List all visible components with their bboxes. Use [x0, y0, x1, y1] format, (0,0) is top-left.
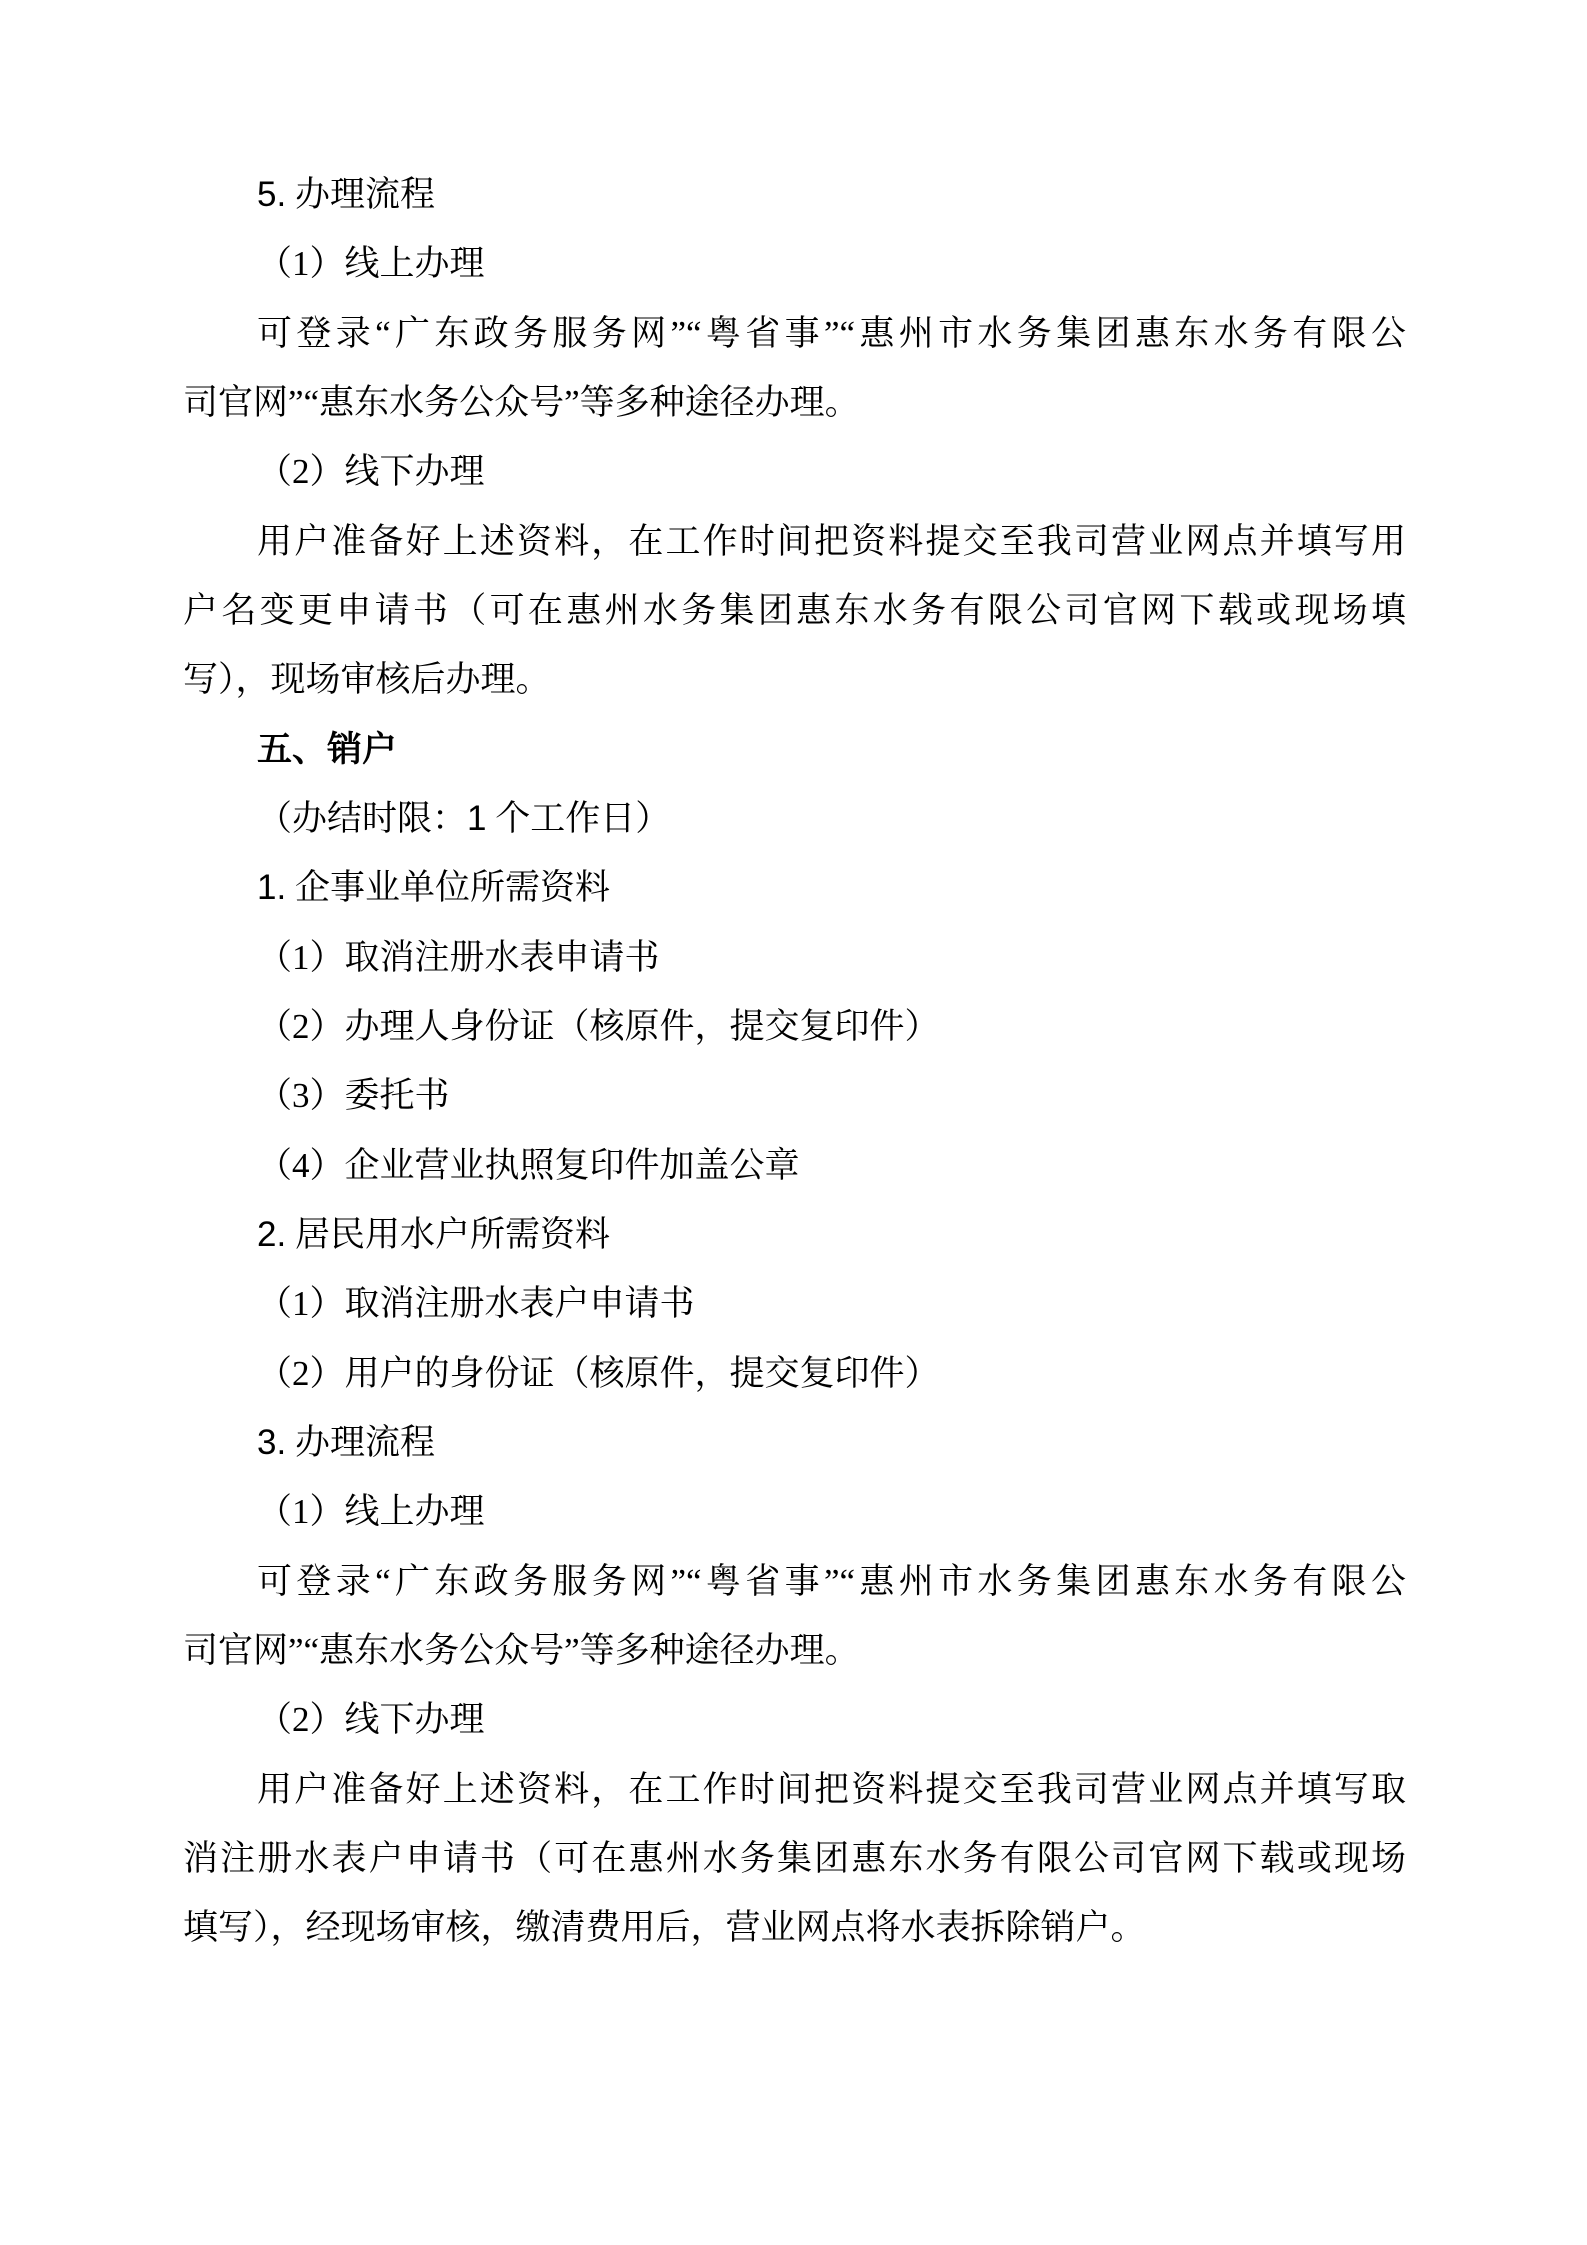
online-paragraph-line-1: 可登录“广东政务服务网”“粤省事”“惠州市水务集团惠东水务有限公 — [183, 299, 1406, 368]
text-run: （1）线上办理 — [257, 1492, 485, 1531]
text-run: 写），现场审核后办理。 — [183, 660, 551, 699]
text-run: 消注册水表户申请书（可在惠州水务集团惠东水务有限公司官网下载或现场 — [183, 1839, 1406, 1878]
online-paragraph-line-2: 司官网”“惠东水务公众号”等多种途径办理。 — [183, 368, 1406, 437]
text-run: （2）线下办理 — [257, 452, 485, 491]
document-content: 5. 办理流程（1）线上办理可登录“广东政务服务网”“粤省事”“惠州市水务集团惠… — [183, 160, 1406, 1963]
step5-process-heading: 5. 办理流程 — [183, 160, 1406, 229]
text-run: （2）办理人身份证（核原件，提交复印件） — [257, 1007, 940, 1046]
enterprise-item-4: （4）企业营业执照复印件加盖公章 — [183, 1131, 1406, 1200]
latin-number: 1. — [257, 868, 286, 907]
text-run: （1）线上办理 — [257, 244, 485, 283]
offline-paragraph-line-3: 写），现场审核后办理。 — [183, 645, 1406, 714]
resident-item-1: （1）取消注册水表户申请书 — [183, 1269, 1406, 1338]
text-run: （1）取消注册水表申请书 — [257, 938, 660, 977]
latin-number: 1 — [467, 799, 486, 838]
text-run: 司官网”“惠东水务公众号”等多种途径办理。 — [183, 383, 860, 422]
text-run: 填写），经现场审核，缴清费用后，营业网点将水表拆除销户。 — [183, 1908, 1146, 1947]
offline-paragraph-line-1: 用户准备好上述资料，在工作时间把资料提交至我司营业网点并填写用 — [183, 507, 1406, 576]
text-run: （2）线下办理 — [257, 1700, 485, 1739]
text-run: 居民用水户所需资料 — [286, 1215, 610, 1254]
enterprise-materials-heading: 1. 企事业单位所需资料 — [183, 853, 1406, 922]
text-run: 户名变更申请书（可在惠州水务集团惠东水务有限公司官网下载或现场填 — [183, 591, 1406, 630]
cancel-online-heading: （1）线上办理 — [183, 1477, 1406, 1546]
text-run: （1）取消注册水表户申请书 — [257, 1284, 695, 1323]
offline-paragraph-line-2: 户名变更申请书（可在惠州水务集团惠东水务有限公司官网下载或现场填 — [183, 576, 1406, 645]
text-run: 用户准备好上述资料，在工作时间把资料提交至我司营业网点并填写用 — [257, 522, 1406, 561]
cancel-online-line-1: 可登录“广东政务服务网”“粤省事”“惠州市水务集团惠东水务有限公 — [183, 1547, 1406, 1616]
text-run: 可登录“广东政务服务网”“粤省事”“惠州市水务集团惠东水务有限公 — [257, 1562, 1406, 1601]
time-limit-note: （办结时限：1 个工作日） — [183, 784, 1406, 853]
cancel-offline-heading: （2）线下办理 — [183, 1685, 1406, 1754]
text-run: （4）企业营业执照复印件加盖公章 — [257, 1146, 800, 1185]
text-run: 司官网”“惠东水务公众号”等多种途径办理。 — [183, 1631, 860, 1670]
document-page: 5. 办理流程（1）线上办理可登录“广东政务服务网”“粤省事”“惠州市水务集团惠… — [0, 0, 1587, 2245]
cancel-offline-line-2: 消注册水表户申请书（可在惠州水务集团惠东水务有限公司官网下载或现场 — [183, 1824, 1406, 1893]
section5-cancel-account-heading: 五、销户 — [183, 715, 1406, 784]
text-run: 五、销户 — [257, 730, 397, 769]
enterprise-item-1: （1）取消注册水表申请书 — [183, 923, 1406, 992]
enterprise-item-2: （2）办理人身份证（核原件，提交复印件） — [183, 992, 1406, 1061]
text-run: 办理流程 — [286, 175, 435, 214]
latin-number: 2. — [257, 1215, 286, 1254]
online-handling-heading: （1）线上办理 — [183, 229, 1406, 298]
text-run: 企事业单位所需资料 — [286, 868, 610, 907]
enterprise-item-3: （3）委托书 — [183, 1061, 1406, 1130]
offline-handling-heading: （2）线下办理 — [183, 437, 1406, 506]
text-run: 可登录“广东政务服务网”“粤省事”“惠州市水务集团惠东水务有限公 — [257, 314, 1406, 353]
cancel-offline-line-3: 填写），经现场审核，缴清费用后，营业网点将水表拆除销户。 — [183, 1893, 1406, 1962]
latin-number: 3. — [257, 1423, 286, 1462]
text-run: 个工作日） — [486, 799, 670, 838]
cancel-offline-line-1: 用户准备好上述资料，在工作时间把资料提交至我司营业网点并填写取 — [183, 1755, 1406, 1824]
resident-item-2: （2）用户的身份证（核原件，提交复印件） — [183, 1339, 1406, 1408]
latin-number: 5. — [257, 175, 286, 214]
text-run: 办理流程 — [286, 1423, 435, 1462]
resident-materials-heading: 2. 居民用水户所需资料 — [183, 1200, 1406, 1269]
cancel-online-line-2: 司官网”“惠东水务公众号”等多种途径办理。 — [183, 1616, 1406, 1685]
text-run: （3）委托书 — [257, 1076, 450, 1115]
cancel-process-heading: 3. 办理流程 — [183, 1408, 1406, 1477]
text-run: （办结时限： — [257, 799, 467, 838]
text-run: （2）用户的身份证（核原件，提交复印件） — [257, 1354, 940, 1393]
text-run: 用户准备好上述资料，在工作时间把资料提交至我司营业网点并填写取 — [257, 1770, 1406, 1809]
